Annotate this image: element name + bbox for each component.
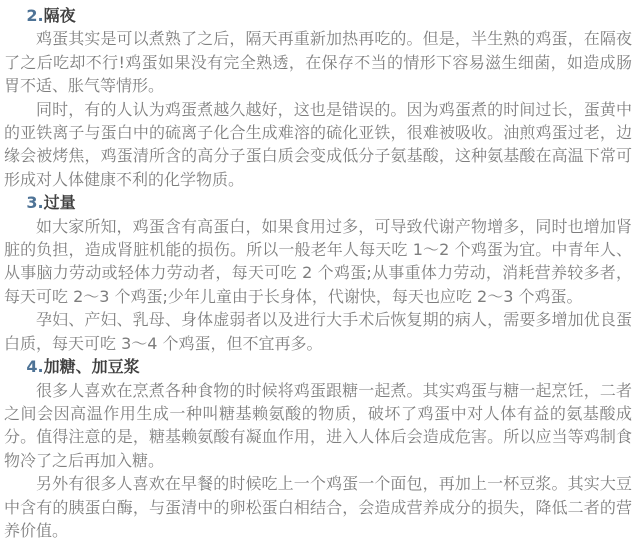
paragraph-overnight-2: 同时，有的人认为鸡蛋煮越久越好，这也是错误的。因为鸡蛋煮的时间过长，蛋黄中的亚铁… <box>4 98 632 192</box>
section-heading-title: 隔夜 <box>44 6 76 25</box>
paragraph-sugar-1: 很多人喜欢在烹煮各种食物的时候将鸡蛋跟糖一起煮。其实鸡蛋与糖一起烹饪，二者之间会… <box>4 379 632 473</box>
paragraph-overnight-1: 鸡蛋其实是可以煮熟了之后，隔天再重新加热再吃的。但是，半生熟的鸡蛋，在隔夜了之后… <box>4 27 632 97</box>
article-body: 2.隔夜 鸡蛋其实是可以煮熟了之后，隔天再重新加热再吃的。但是，半生熟的鸡蛋，在… <box>0 0 637 542</box>
section-heading-overnight: 2.隔夜 <box>4 4 632 27</box>
section-heading-title: 加糖、加豆浆 <box>44 357 140 376</box>
paragraph-excess-1: 如大家所知，鸡蛋含有高蛋白，如果食用过多，可导致代谢产物增多，同时也增加肾脏的负… <box>4 215 632 309</box>
section-heading-number: 2. <box>26 6 43 25</box>
section-heading-sugar-soymilk: 4.加糖、加豆浆 <box>4 355 632 378</box>
section-heading-title: 过量 <box>44 193 76 212</box>
paragraph-excess-2: 孕妇、产妇、乳母、身体虚弱者以及进行大手术后恢复期的病人，需要多增加优良蛋白质，… <box>4 308 632 355</box>
section-heading-number: 4. <box>26 357 43 376</box>
paragraph-soymilk-1: 另外有很多人喜欢在早餐的时候吃上一个鸡蛋一个面包，再加上一杯豆浆。其实大豆中含有… <box>4 472 632 542</box>
section-heading-excess: 3.过量 <box>4 191 632 214</box>
section-heading-number: 3. <box>26 193 43 212</box>
